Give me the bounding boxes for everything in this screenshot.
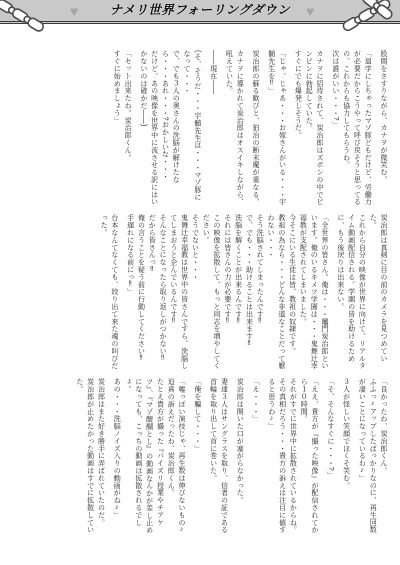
paragraph: 「退学にしちゃったマゾ豚どもだけど、労働力が必要だからこうやって呼び戻そうと思っ… bbox=[329, 50, 372, 208]
text-line: 「俺を騙して・・・」 bbox=[191, 378, 202, 536]
paragraph: カナヲに導かれて炭治郎はオスイキしながら、吼えていた。 bbox=[223, 50, 245, 208]
text-tier-3: 「良かったわ、炭治郎くん。ふふっ♪アップしたばっかりなのに、再生回数が凄いことに… bbox=[12, 378, 388, 536]
text-line: 「え・・・」 bbox=[249, 378, 260, 536]
paragraph: 炭治郎は真剣に目の前のカメラを見つめていた。これから自分の映像が世界に向けて、リ… bbox=[334, 214, 388, 372]
text-line: それがすでに世界中に拡散されているからね。 bbox=[287, 378, 298, 536]
text-line: それには皆さんの力が必要です‼ bbox=[221, 214, 232, 372]
text-line: 炭治郎は開いた口が塞がらなかった。 bbox=[233, 378, 244, 536]
text-line: 鬼舞辻幸福教は世界中の皆さんですら、洗脳してしまおうと企んでいるんです‼ bbox=[167, 214, 189, 372]
text-line: (そ、そうだ・・・宇髄先生は・・・マゾ豚になって・・・ bbox=[180, 50, 202, 208]
text-line: ふふっ♪アップしたばっかりなのに、再生回数が凄いことになっているわ♪」 bbox=[356, 378, 378, 536]
text-line: で、でも・・・助けることは出来ます‼ bbox=[243, 214, 254, 372]
paragraph: 妻達３人はサングラスを取り、信者の証である首輪を取り出して首に巻いた。 bbox=[207, 378, 229, 536]
text-line: 妻達３人はサングラスを取り、信者の証である首輪を取り出して首に巻いた。 bbox=[207, 378, 229, 536]
paragraph: 「全世界の皆さん。俺は・・・竈門炭治郎といいます。俺のいるキメツ学園は・・・鬼舞… bbox=[124, 214, 329, 372]
paragraph: 「良かったわ、炭治郎くん。ふふっ♪アップしたばっかりなのに、再生回数が凄いことに… bbox=[356, 378, 388, 536]
text-line: 「そ、そんなすぐに・・・?」 bbox=[324, 378, 335, 536]
paragraph: (そ、そうだ・・・宇髄先生は・・・マゾ豚になって・・・で、でも３人の奥さんの洗脳… bbox=[137, 50, 202, 208]
text-line: 次は誰がいい・・・?」 bbox=[329, 50, 340, 208]
paragraph: 炭治郎の蘇る歓びと、狛治の断末魔が重なる。 bbox=[249, 50, 260, 208]
text-line: ３人が怪しい笑顔でほくそ笑む。 bbox=[340, 378, 351, 536]
text-line: 炭治郎の蘇る歓びと、狛治の断末魔が重なる。 bbox=[249, 50, 260, 208]
text-line: 炭治郎が止めたかった動画はすでに拡散していた。 bbox=[73, 378, 95, 536]
text-line: だけど、あの映像を世界中に流させる訳にはいかないのは確かだ――) bbox=[137, 50, 159, 208]
text-line: で、でも３人の奥さんの洗脳が解けたなら・・・あれ・・・?おかしいな・・・ bbox=[159, 50, 181, 208]
text-line: その真相だろう・・・貴方の訴えは注目に値すると思うわ♪」 bbox=[265, 378, 287, 536]
text-line: 「セット出来たわ。炭治郎くん。 bbox=[121, 50, 132, 208]
chain-icon-left bbox=[0, 0, 88, 42]
paragraph: 「そ、そんなすぐに・・・?」 bbox=[324, 378, 335, 536]
paragraph: 「ええ、貴方が『撮った映像』が配信されてから１０時間。それがすでに世界中に拡散さ… bbox=[265, 378, 319, 536]
text-line: 手遅れになる前にっ‼」 bbox=[124, 214, 135, 372]
text-line: そう洗脳されてしまったんです‼ bbox=[253, 214, 264, 372]
text-line: 台本なんてなくても、絞り出て来た魂の叫びだった。 bbox=[97, 214, 119, 372]
text-line: そんなことになったら取り返しがつかない‼ bbox=[156, 214, 167, 372]
text-line: 「ええ、貴方が『撮った映像』が配信されてから１０時間。 bbox=[297, 378, 319, 536]
paragraph: 炭治郎はまた好き勝手に弄ばれていたのだ。炭治郎が止めたかった動画はすでに拡散して… bbox=[73, 378, 105, 536]
paragraph: 「え・・・」 bbox=[249, 378, 260, 536]
text-line: 「全世界の皆さん。俺は・・・竈門炭治郎といいます。俺のいるキメツ学園は・・・鬼舞… bbox=[297, 214, 329, 372]
paragraph: 「セット出来たわ。炭治郎くん。すぐに始めましょう」 bbox=[110, 50, 132, 208]
paragraph: 「じゃ、じゃあ・・・お嫁さんがいる・・・宇髄先生を‼」 bbox=[265, 50, 287, 208]
text-tier-2: 炭治郎は真剣に目の前のカメラを見つめていた。これから自分の映像が世界に向けて、リ… bbox=[12, 214, 388, 372]
text-line: 迫真の訴えだったわ、炭治郎くん。 bbox=[164, 378, 175, 536]
text-line: 炭治郎は真剣に目の前のカメラを見つめていた。 bbox=[366, 214, 388, 372]
text-line: すぐにでも爆発しそうだ。 bbox=[292, 50, 303, 208]
paragraph: ――現在―― bbox=[207, 50, 218, 208]
text-line: すぐに始めましょう」 bbox=[110, 50, 121, 208]
paragraph: ３人が怪しい笑顔でほくそ笑む。 bbox=[340, 378, 351, 536]
text-line: ――現在―― bbox=[207, 50, 218, 208]
paragraph: 股間をさすりながら、カナヲが微笑む。 bbox=[377, 50, 388, 208]
text-line: そうでないと・・・ bbox=[189, 214, 200, 372]
text-line: カナヲに導かれて炭治郎はオスイキしながら、吼えていた。 bbox=[223, 50, 245, 208]
page-header: ♥ ナメリ世界フォーリングダウン ♥ bbox=[0, 0, 400, 24]
text-line: 「嘘っぽい演技じゃ、再生数は伸びないもの♪ bbox=[175, 378, 186, 536]
paragraph: 台本なんてなくても、絞り出て来た魂の叫びだった。 bbox=[97, 214, 119, 372]
story-text: 股間をさすりながら、カナヲが微笑む。「退学にしちゃったマゾ豚どもだけど、労働力が… bbox=[0, 24, 400, 536]
paragraph: 「嘘っぽい演技じゃ、再生数は伸びないもの♪迫真の訴えだったわ、炭治郎くん。たとえ… bbox=[110, 378, 186, 536]
paragraph: 「俺を騙して・・・」 bbox=[191, 378, 202, 536]
text-tier-1: 股間をさすりながら、カナヲが微笑む。「退学にしちゃったマゾ豚どもだけど、労働力が… bbox=[12, 50, 388, 208]
text-line: 「退学にしちゃったマゾ豚どもだけど、労働力が必要だからこうやって呼び戻そうと思っ… bbox=[340, 50, 372, 208]
text-line: カナヲに招待されて、炭治郎はズボンの中でビンビンに勃起していた。 bbox=[302, 50, 324, 208]
text-line: 炭治郎はまた好き勝手に弄ばれていたのだ。 bbox=[95, 378, 106, 536]
text-line: 教祖の為なら・・・どんな非道なことだって厭わない・・・ bbox=[264, 214, 286, 372]
text-line: 俺の言うことを疑う前に行動してください‼ bbox=[135, 214, 146, 372]
text-line: 「じゃ、じゃあ・・・お嫁さんがいる・・・宇髄先生を‼」 bbox=[265, 50, 287, 208]
chain-icon-right bbox=[284, 0, 400, 46]
text-line: 今そこにいる生徒は皆、教祖の奴隷です。 bbox=[286, 214, 297, 372]
text-line: 洗脳を解くことが出来るんです‼ bbox=[232, 214, 243, 372]
text-line: だから皆さんっ‼ bbox=[145, 214, 156, 372]
text-line: 股間をさすりながら、カナヲが微笑む。 bbox=[377, 50, 388, 208]
text-line: 「良かったわ、炭治郎くん。 bbox=[377, 378, 388, 536]
paragraph: カナヲに招待されて、炭治郎はズボンの中でビンビンに勃起していた。すぐにでも爆発し… bbox=[292, 50, 324, 208]
text-line: これから自分の映像が世界に向けて、リアルタイム動画配信される。学園の皆を助けるた… bbox=[334, 214, 366, 372]
text-line: この映像を拡散して、もっと同志を増やしてください。 bbox=[199, 214, 221, 372]
paragraph: 炭治郎は開いた口が塞がらなかった。 bbox=[233, 378, 244, 536]
doujin-text-page: ♥ ナメリ世界フォーリングダウン ♥ 股間をさすりながら、カナヲが微笑む。「退学… bbox=[0, 0, 400, 565]
text-line: たとえ貴方が撮った『パイズリ授業やチアケツ』、『マゾ醍醐とし』の動画なんかが差し… bbox=[121, 378, 164, 536]
text-line: あの・・・洗脳ノイズ入りの動画がね♪」 bbox=[110, 378, 121, 536]
